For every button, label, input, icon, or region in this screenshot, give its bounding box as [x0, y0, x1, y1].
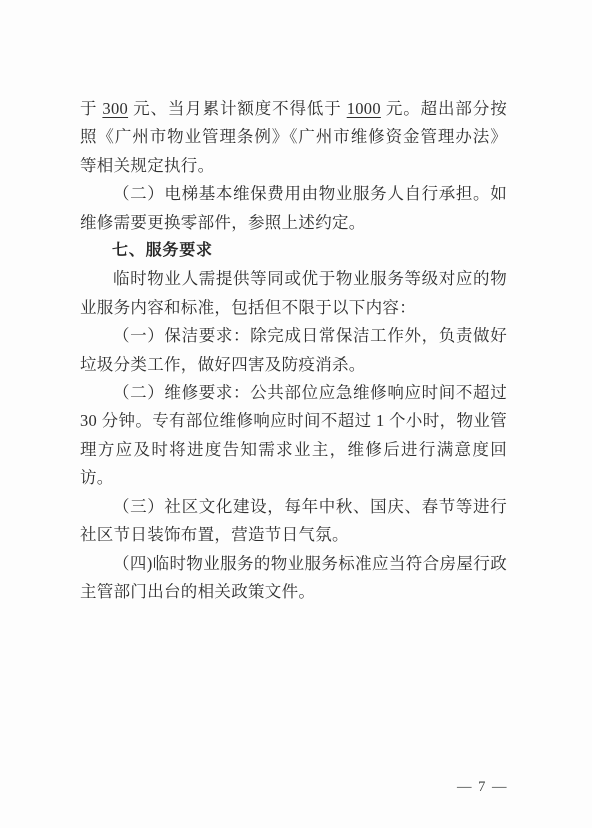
paragraph-continued-maintenance-fund: 于 300 元、当月累计额度不得低于 1000 元。超出部分按照《广州市物业管理… [80, 95, 507, 180]
section-heading-service-requirements: 七、服务要求 [80, 237, 507, 265]
paragraph-text-segment: 元、当月累计额度不得低于 [128, 99, 347, 118]
document-body: 于 300 元、当月累计额度不得低于 1000 元。超出部分按照《广州市物业管理… [80, 95, 507, 606]
paragraph-community-culture: （三）社区文化建设，每年中秋、国庆、春节等进行社区节日装饰布置，营造节日气氛。 [80, 493, 507, 550]
paragraph-elevator-maintenance: （二）电梯基本维保费用由物业服务人自行承担。如维修需要更换零部件，参照上述约定。 [80, 180, 507, 237]
underlined-amount-300: 300 [102, 99, 128, 118]
underlined-amount-1000: 1000 [347, 99, 381, 118]
document-page: 于 300 元、当月累计额度不得低于 1000 元。超出部分按照《广州市物业管理… [0, 0, 592, 828]
paragraph-text-segment: 于 [80, 99, 102, 118]
paragraph-service-standard-intro: 临时物业人需提供等同或优于物业服务等级对应的物业服务内容和标准，包括但不限于以下… [80, 265, 507, 322]
page-number: — 7 — [457, 779, 508, 796]
paragraph-repair-requirements: （二）维修要求：公共部位应急维修响应时间不超过 30 分钟。专有部位维修响应时间… [80, 379, 507, 493]
paragraph-cleaning-requirements: （一）保洁要求：除完成日常保洁工作外，负责做好垃圾分类工作，做好四害及防疫消杀。 [80, 322, 507, 379]
paragraph-policy-compliance: （四)临时物业服务的物业服务标准应当符合房屋行政主管部门出台的相关政策文件。 [80, 550, 507, 607]
